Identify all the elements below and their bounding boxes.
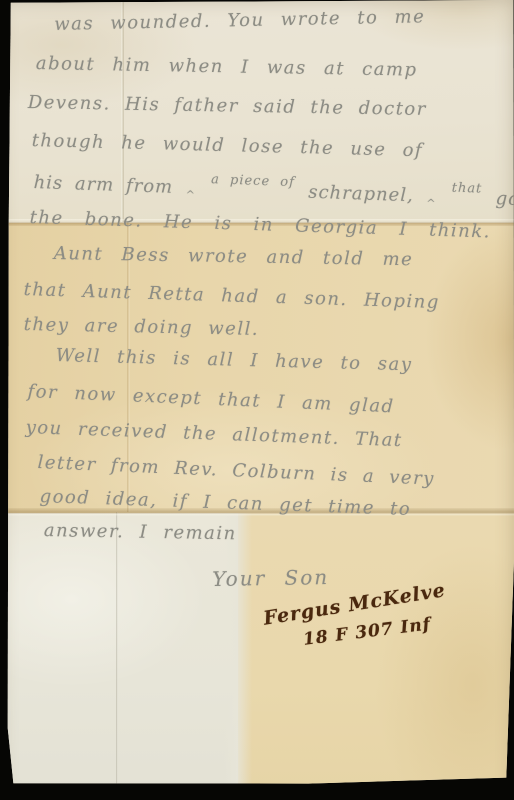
interlinear-insertion: a piece of — [211, 172, 295, 190]
letter-line: answer. I remain — [44, 520, 237, 544]
caret-mark: ^ — [185, 188, 196, 201]
letter-closing: Your Son — [212, 565, 329, 591]
photo-background: was wounded. You wrote to me about him w… — [0, 0, 514, 800]
paper-region-blend — [224, 513, 252, 800]
letter-line-text: got in — [495, 188, 514, 211]
caret-mark: ^ — [426, 197, 437, 210]
letter-line-text: schrapnel, — [308, 182, 414, 207]
paper-region-bottom-left — [0, 513, 238, 800]
letter-paper: was wounded. You wrote to me about him w… — [0, 0, 514, 800]
interlinear-insertion: that — [451, 181, 482, 197]
paper-region-bottom-right — [238, 513, 514, 800]
